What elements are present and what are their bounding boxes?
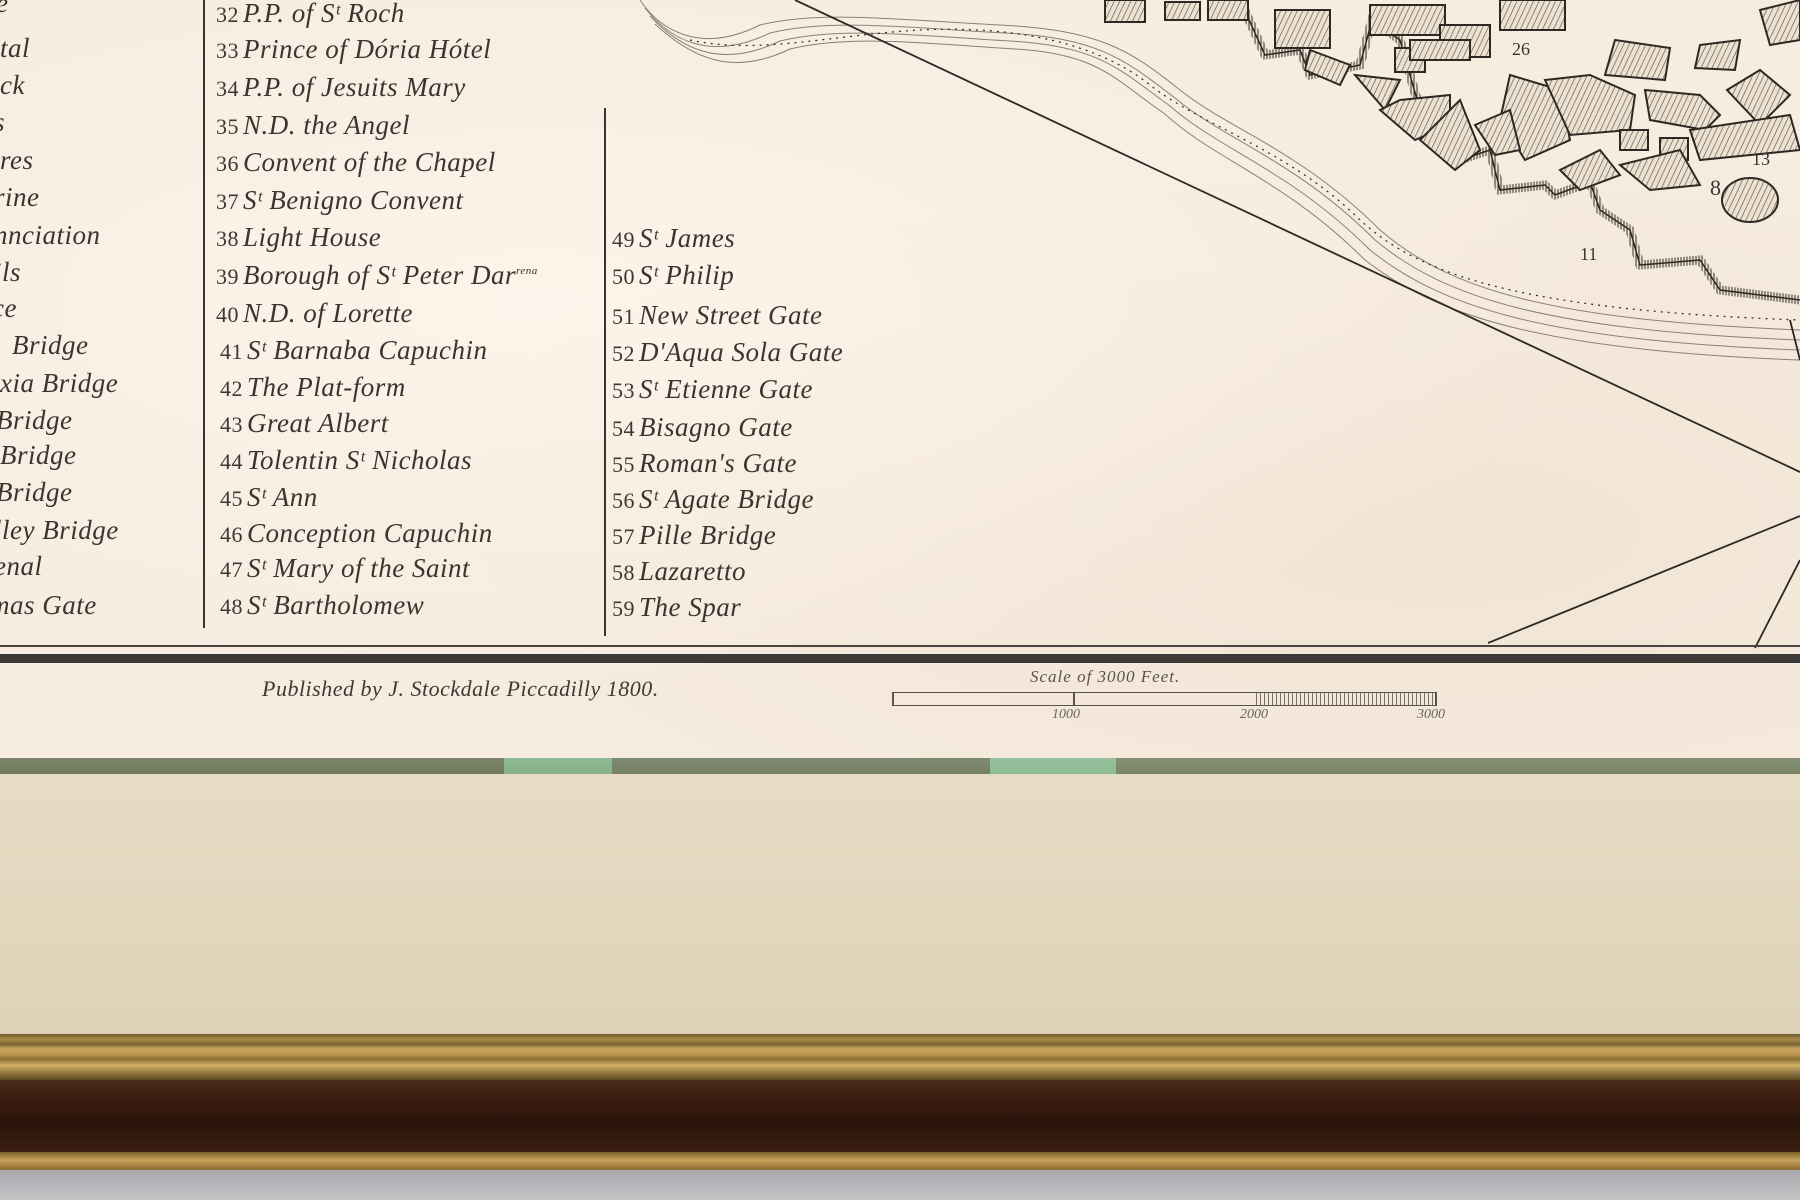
- svg-text:11: 11: [1580, 244, 1597, 264]
- frame-wood-band: [0, 1080, 1800, 1152]
- scale-tick: [892, 693, 894, 705]
- mat-board: [0, 774, 1800, 1036]
- frame-gilt-molding: [0, 1034, 1800, 1080]
- scale-tick: [1435, 693, 1437, 705]
- map-neatline: [0, 645, 1800, 647]
- city-blocks: [1105, 0, 1800, 222]
- wall-background: [0, 1170, 1800, 1200]
- scale-title: Scale of 3000 Feet.: [1030, 667, 1180, 687]
- publisher-imprint: Published by J. Stockdale Piccadilly 180…: [262, 676, 659, 702]
- scale-label: 1000: [1052, 707, 1080, 723]
- scale-tick: [1073, 693, 1075, 705]
- scale-label: 3000: [1417, 707, 1445, 723]
- mat-bevel: [0, 758, 1800, 774]
- scale-label: 2000: [1240, 707, 1268, 723]
- svg-text:13: 13: [1752, 149, 1770, 169]
- scale-hatch: [1256, 693, 1437, 705]
- svg-text:26: 26: [1512, 39, 1530, 59]
- map-border-rule: [0, 654, 1800, 663]
- map-paper: e ital ick s tres rine nnciation ils ce …: [0, 0, 1800, 760]
- frame-gilt-edge: [0, 1152, 1800, 1170]
- scale-bar: [892, 692, 1437, 706]
- svg-text:8: 8: [1710, 175, 1721, 200]
